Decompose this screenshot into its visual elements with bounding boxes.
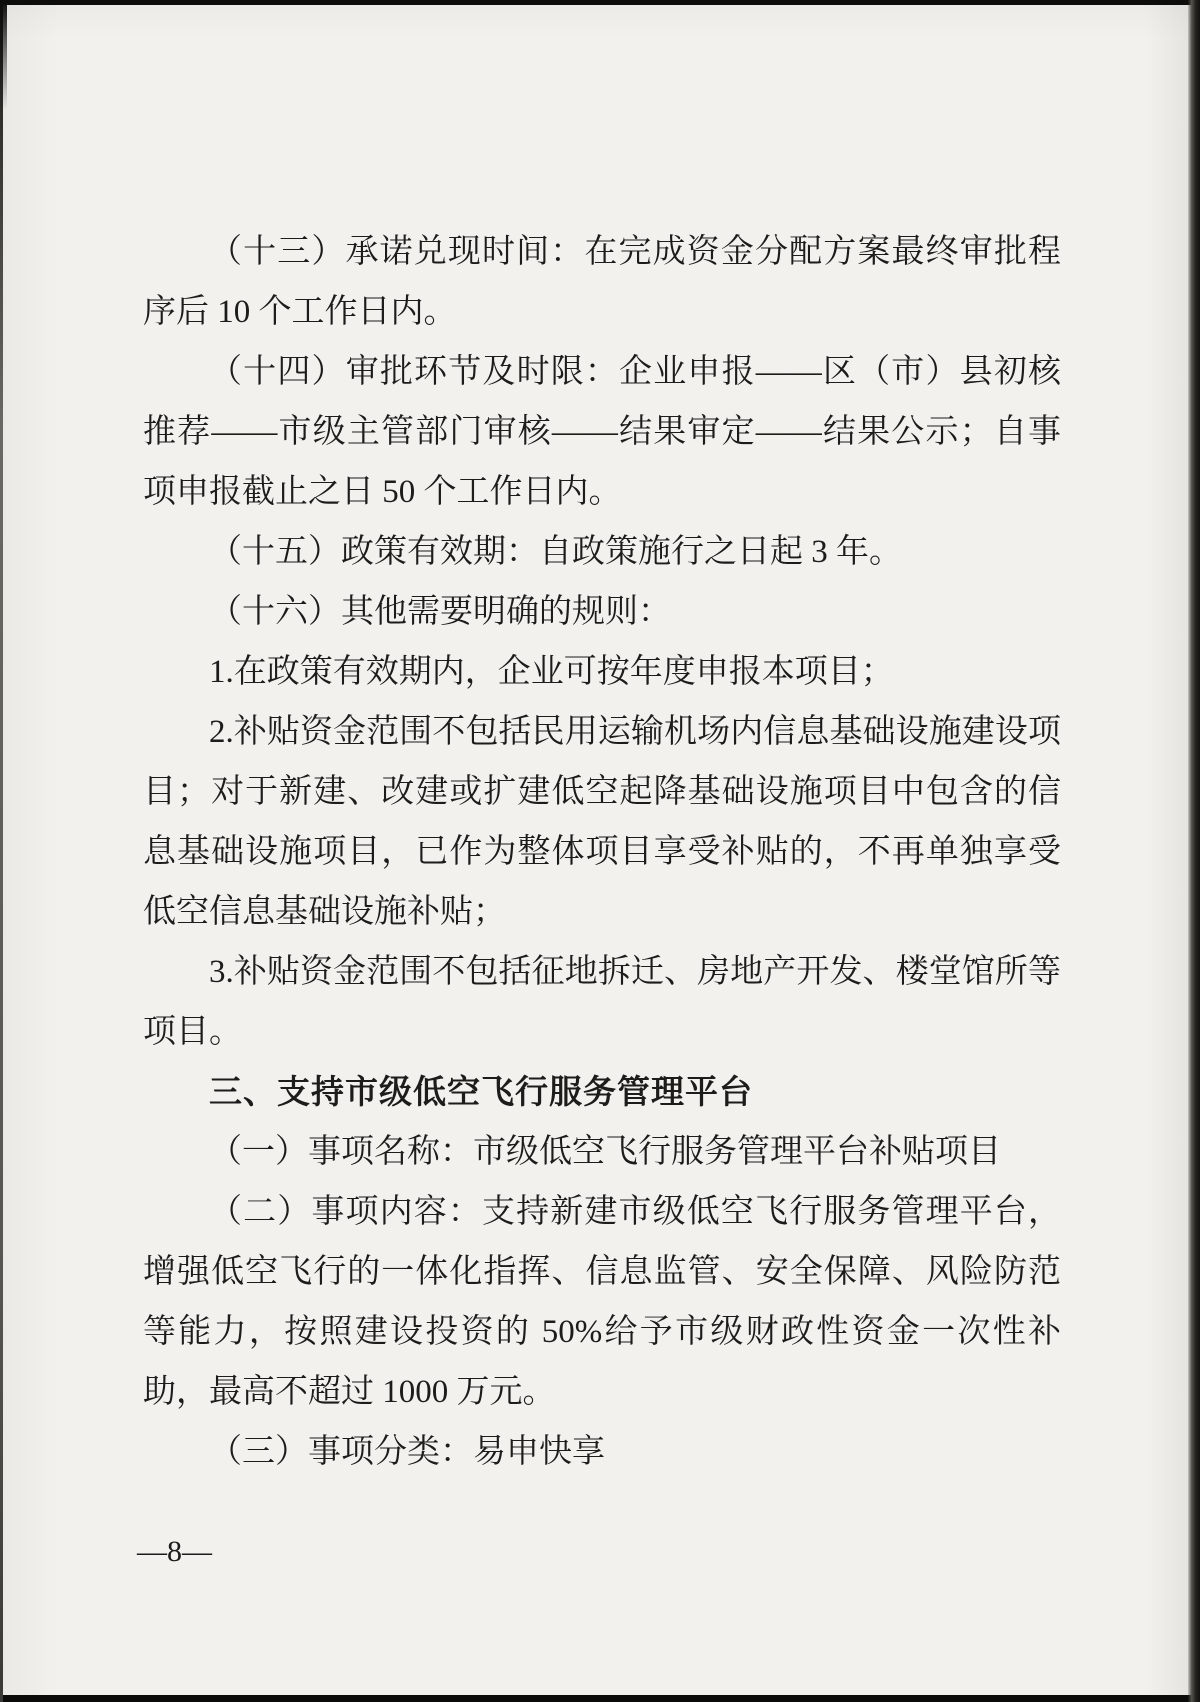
scan-edge-top <box>0 0 1200 5</box>
section-heading: 三、支持市级低空飞行服务管理平台 <box>143 1062 1061 1122</box>
scan-edge-bottom <box>0 1695 1200 1702</box>
body-paragraph: （十五）政策有效期：自政策施行之日起 3 年。 <box>143 522 1061 582</box>
body-paragraph: （十四）审批环节及时限：企业申报——区（市）县初核推荐——市级主管部门审核——结… <box>143 342 1061 522</box>
scan-edge-left-top-corner <box>0 0 7 110</box>
body-paragraph: （二）事项内容：支持新建市级低空飞行服务管理平台，增强低空飞行的一体化指挥、信息… <box>143 1182 1061 1422</box>
scan-edge-right <box>1188 0 1200 1702</box>
body-paragraph: （十三）承诺兑现时间：在完成资金分配方案最终审批程序后 10 个工作日内。 <box>143 222 1061 342</box>
body-paragraph: （三）事项分类：易申快享 <box>143 1422 1061 1482</box>
body-paragraph: 1.在政策有效期内，企业可按年度申报本项目； <box>143 642 1061 702</box>
body-paragraph: 3.补贴资金范围不包括征地拆迁、房地产开发、楼堂馆所等项目。 <box>143 942 1061 1062</box>
document-page-content: （十三）承诺兑现时间：在完成资金分配方案最终审批程序后 10 个工作日内。 （十… <box>143 222 1061 1482</box>
scan-edge-left <box>0 0 3 1702</box>
body-paragraph: 2.补贴资金范围不包括民用运输机场内信息基础设施建设项目；对于新建、改建或扩建低… <box>143 702 1061 942</box>
body-paragraph: （十六）其他需要明确的规则： <box>143 582 1061 642</box>
page-number: —8— <box>137 1524 212 1580</box>
body-paragraph: （一）事项名称：市级低空飞行服务管理平台补贴项目 <box>143 1122 1061 1182</box>
